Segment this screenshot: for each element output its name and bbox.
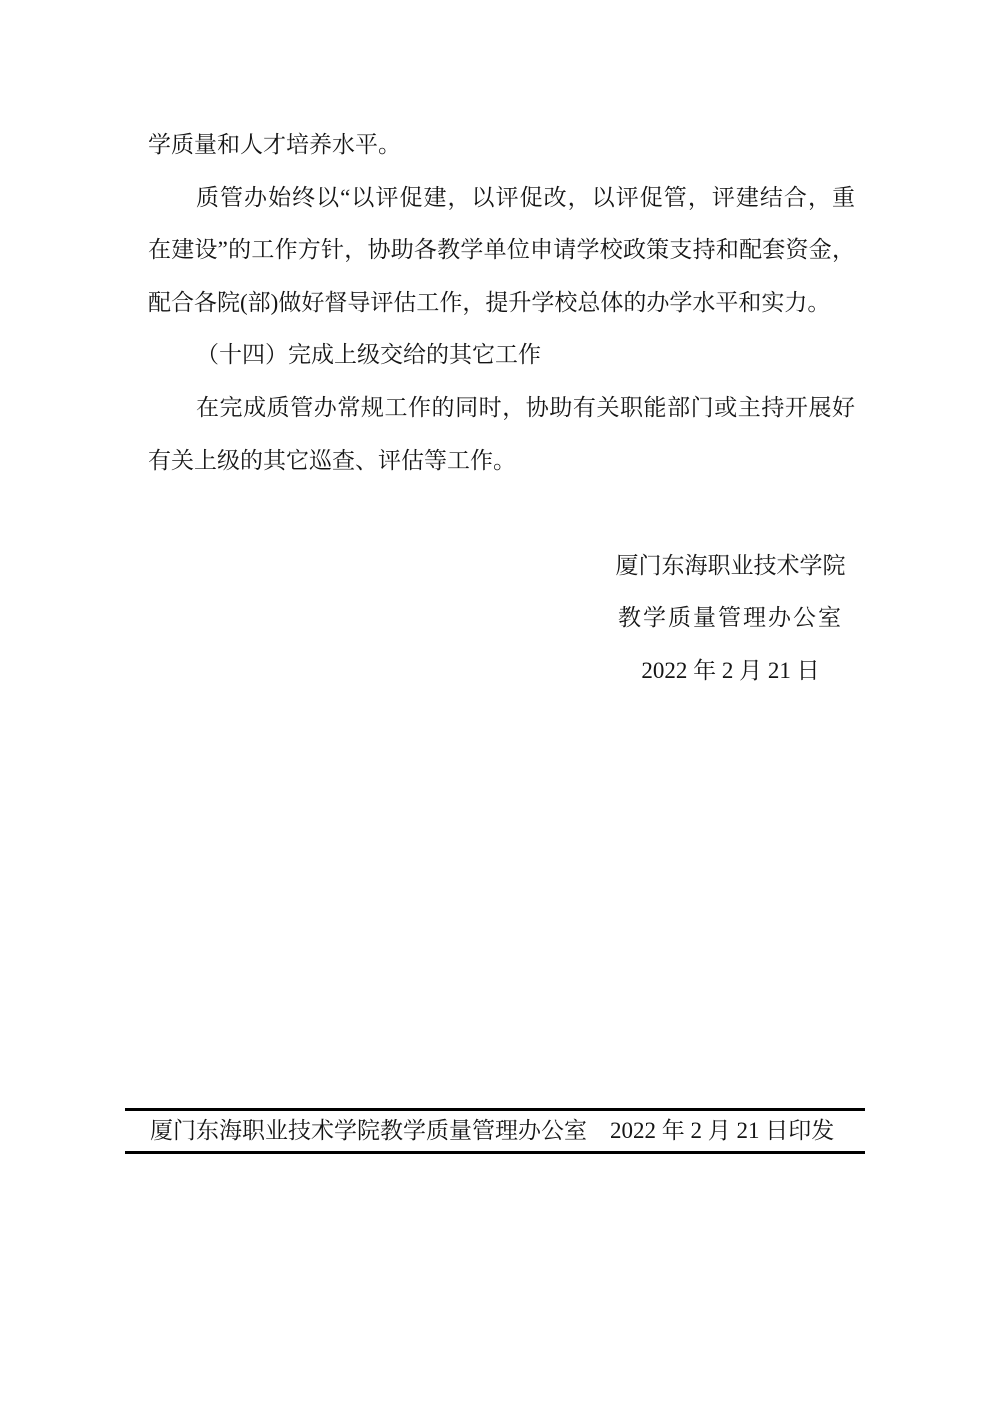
document-body: 学质量和人才培养水平。 质管办始终以“以评促建，以评促改，以评促管，评建结合，重… xyxy=(148,119,855,698)
paragraph-line-2: 质管办始终以“以评促建，以评促改，以评促管，评建结合，重 xyxy=(148,172,855,225)
section-heading-14: （十四）完成上级交给的其它工作 xyxy=(148,329,855,382)
footer-bottom-rule xyxy=(125,1151,865,1154)
paragraph-line-4: 配合各院(部)做好督导评估工作，提升学校总体的办学水平和实力。 xyxy=(148,277,855,330)
paragraph-line-3: 在建设”的工作方针，协助各教学单位申请学校政策支持和配套资金， xyxy=(148,224,855,277)
paragraph-line-1: 学质量和人才培养水平。 xyxy=(148,119,855,172)
paragraph-line-7: 有关上级的其它巡查、评估等工作。 xyxy=(148,435,855,488)
signature-date: 2022 年 2 月 21 日 xyxy=(148,645,855,698)
footer-imprint: 厦门东海职业技术学院教学质量管理办公室 2022 年 2 月 21 日印发 xyxy=(125,1108,865,1154)
document-page: 学质量和人才培养水平。 质管办始终以“以评促建，以评促改，以评促管，评建结合，重… xyxy=(0,0,992,1403)
footer-imprint-text: 厦门东海职业技术学院教学质量管理办公室 2022 年 2 月 21 日印发 xyxy=(125,1113,865,1149)
signature-org-name: 厦门东海职业技术学院 xyxy=(148,540,855,593)
signature-office-name: 教学质量管理办公室 xyxy=(148,592,855,645)
footer-top-rule xyxy=(125,1108,865,1111)
blank-line-spacer xyxy=(148,487,855,540)
paragraph-line-6: 在完成质管办常规工作的同时，协助有关职能部门或主持开展好 xyxy=(148,382,855,435)
